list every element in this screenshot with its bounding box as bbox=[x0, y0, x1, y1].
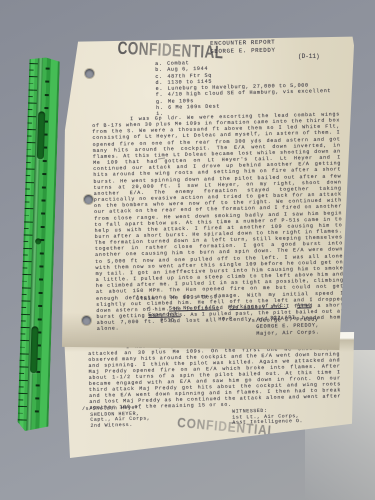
item-value: 6 Me 109s Dest bbox=[168, 103, 220, 110]
report-pilot-name: GEORGE E. PREDDY bbox=[210, 46, 275, 55]
report-title-block: ENCOUNTER REPORT GEORGE E. PREDDY bbox=[210, 39, 276, 55]
punch-hole-bottom bbox=[82, 316, 91, 325]
ruler-slot-hole-bottom bbox=[30, 326, 38, 373]
report-header-items: a.Combat b.Aug 6, 1944 c.487th Ftr Sq d.… bbox=[155, 57, 332, 117]
pilot-rank-line: Major, Air Corps. bbox=[248, 329, 319, 337]
serial-value: P51D bbox=[160, 317, 218, 325]
pilot-signature-block: /s/George E. Preddy GEORGE E. PREDDY, Ma… bbox=[248, 316, 320, 337]
photo-scene: SUPPORTING STATEMENT I was flying Maj Pr… bbox=[0, 0, 375, 500]
punch-hole-top bbox=[85, 69, 94, 78]
green-ruler bbox=[17, 57, 60, 432]
supporting-statement-body: I was flying Maj Preddy's wing when we w… bbox=[88, 339, 341, 411]
markings-header: Markings of A/C: bbox=[229, 303, 287, 310]
document-upper-sheet: CONFIDENTIAL ENCOUNTER REPORT GEORGE E. … bbox=[62, 36, 354, 350]
punch-hole-middle bbox=[84, 195, 93, 204]
